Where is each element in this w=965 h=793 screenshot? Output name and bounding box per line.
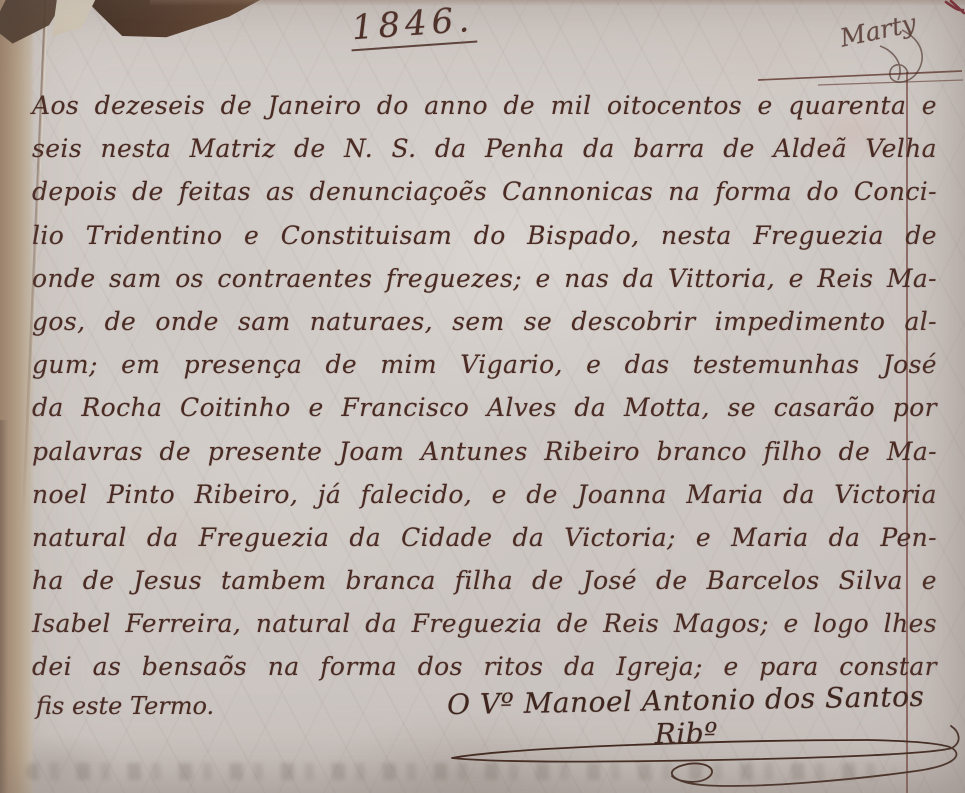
margin-note: Marty <box>797 0 960 61</box>
record-line: ha de Jesus tambem branca filha de José … <box>32 559 937 602</box>
margin-rule-horizontal <box>758 71 962 80</box>
record-line: seis nesta Matriz de N. S. da Penha da b… <box>32 127 937 170</box>
record-line: noel Pinto Ribeiro, já falecido, e de Jo… <box>32 473 937 516</box>
record-line: natural da Freguezia da Cidade da Victor… <box>32 516 937 559</box>
record-line: palavras de presente Joam Antunes Ribeir… <box>32 430 937 473</box>
closing-text: fis este Termo. <box>36 692 214 720</box>
record-text-block: Aos dezeseis de Janeiro do anno de mil o… <box>32 84 937 689</box>
left-page-edge-shadow <box>0 420 8 793</box>
record-line: onde sam os contraentes freguezes; e nas… <box>32 257 937 300</box>
record-line: lio Tridentino e Constituisam do Bispado… <box>32 214 937 257</box>
record-line: da Rocha Coitinho e Francisco Alves da M… <box>32 386 937 429</box>
year-heading: 1846. <box>349 0 478 51</box>
bleed-through-text <box>26 763 895 780</box>
vicar-signature: O Vº Manoel Antonio dos Santos Ribº <box>414 679 957 754</box>
record-line: depois de feitas as denunciaçoẽs Cannoni… <box>32 170 937 213</box>
record-line: Isabel Ferreira, natural da Freguezia de… <box>32 602 937 645</box>
scanned-record-page: 1846. Marty Aos dezeseis de Janeiro do a… <box>0 0 965 793</box>
top-page-edge <box>150 0 965 6</box>
record-line: gum; em presença de mim Vigario, e das t… <box>32 343 937 386</box>
record-line: Aos dezeseis de Janeiro do anno de mil o… <box>32 84 937 127</box>
record-line: gos, de onde sam naturaes, sem se descob… <box>32 300 937 343</box>
